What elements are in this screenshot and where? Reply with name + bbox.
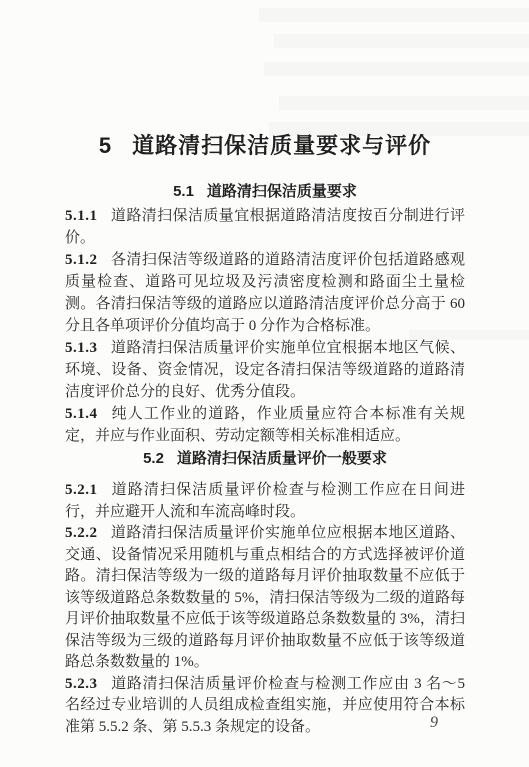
document-page: 5道路清扫保洁质量要求与评价 5.1道路清扫保洁质量要求 5.1.1道路清扫保洁… xyxy=(0,0,529,767)
page-number: 9 xyxy=(430,714,438,732)
section-heading-5-1: 5.1道路清扫保洁质量要求 xyxy=(65,184,465,200)
clause-5-2-2: 5.2.2道路清扫保洁质量评价实施单位应根据本地区道路、交通、设备情况采用随机与… xyxy=(65,523,465,674)
clause-5-1-4: 5.1.4纯人工作业的道路，作业质量应符合本标准有关规定，并应与作业面积、劳动定… xyxy=(65,403,465,447)
clause-number: 5.2.3 xyxy=(65,676,98,692)
clause-5-1-2: 5.1.2各清扫保洁等级道路的道路清洁度评价包括道路感观质量检查、道路可见垃圾及… xyxy=(65,249,465,337)
clause-5-2-1: 5.2.1道路清扫保洁质量评价检查与检测工作应在日间进行，并应避开人流和车流高峰… xyxy=(65,480,465,523)
clause-number: 5.1.4 xyxy=(65,406,98,422)
section-title-text: 道路清扫保洁质量要求 xyxy=(207,183,357,200)
chapter-title-text: 道路清扫保洁质量要求与评价 xyxy=(132,133,431,158)
section-5-2: 5.2道路清扫保洁质量评价一般要求 5.2.1道路清扫保洁质量评价检查与检测工作… xyxy=(65,451,465,738)
clause-number: 5.1.3 xyxy=(65,340,98,356)
chapter-number: 5 xyxy=(99,133,112,158)
clause-text: 道路清扫保洁质量评价实施单位宜根据本地区气候、环境、设备、资金情况，设定各清扫保… xyxy=(65,340,465,400)
clause-text: 道路清扫保洁质量评价实施单位应根据本地区道路、交通、设备情况采用随机与重点相结合… xyxy=(65,525,465,670)
text-column: 5道路清扫保洁质量要求与评价 5.1道路清扫保洁质量要求 5.1.1道路清扫保洁… xyxy=(65,0,465,738)
clause-text: 道路清扫保洁质量宜根据道路清洁度按百分制进行评价。 xyxy=(65,208,465,246)
clause-5-1-1: 5.1.1道路清扫保洁质量宜根据道路清洁度按百分制进行评价。 xyxy=(65,205,465,249)
clause-text: 道路清扫保洁质量评价检查与检测工作应在日间进行，并应避开人流和车流高峰时段。 xyxy=(65,482,465,520)
section-heading-5-2: 5.2道路清扫保洁质量评价一般要求 xyxy=(65,451,465,467)
clause-5-1-3: 5.1.3道路清扫保洁质量评价实施单位宜根据本地区气候、环境、设备、资金情况，设… xyxy=(65,337,465,403)
clause-number: 5.2.1 xyxy=(65,482,98,498)
clause-5-2-3: 5.2.3道路清扫保洁质量评价检查与检测工作应由 3 名～5 名经过专业培训的人… xyxy=(65,674,465,739)
section-number: 5.2 xyxy=(143,450,164,467)
clause-number: 5.1.1 xyxy=(65,208,98,224)
section-number: 5.1 xyxy=(173,183,194,200)
section-title-text: 道路清扫保洁质量评价一般要求 xyxy=(177,450,387,467)
clause-text: 纯人工作业的道路，作业质量应符合本标准有关规定，并应与作业面积、劳动定额等相关标… xyxy=(65,406,465,444)
clause-number: 5.1.2 xyxy=(65,252,98,268)
clause-number: 5.2.2 xyxy=(65,525,98,541)
clause-text: 道路清扫保洁质量评价检查与检测工作应由 3 名～5 名经过专业培训的人员组成检查… xyxy=(65,676,465,735)
chapter-title: 5道路清扫保洁质量要求与评价 xyxy=(65,134,465,158)
section-5-1: 5.1道路清扫保洁质量要求 5.1.1道路清扫保洁质量宜根据道路清洁度按百分制进… xyxy=(65,184,465,447)
clause-text: 各清扫保洁等级道路的道路清洁度评价包括道路感观质量检查、道路可见垃圾及污渍密度检… xyxy=(65,252,465,334)
